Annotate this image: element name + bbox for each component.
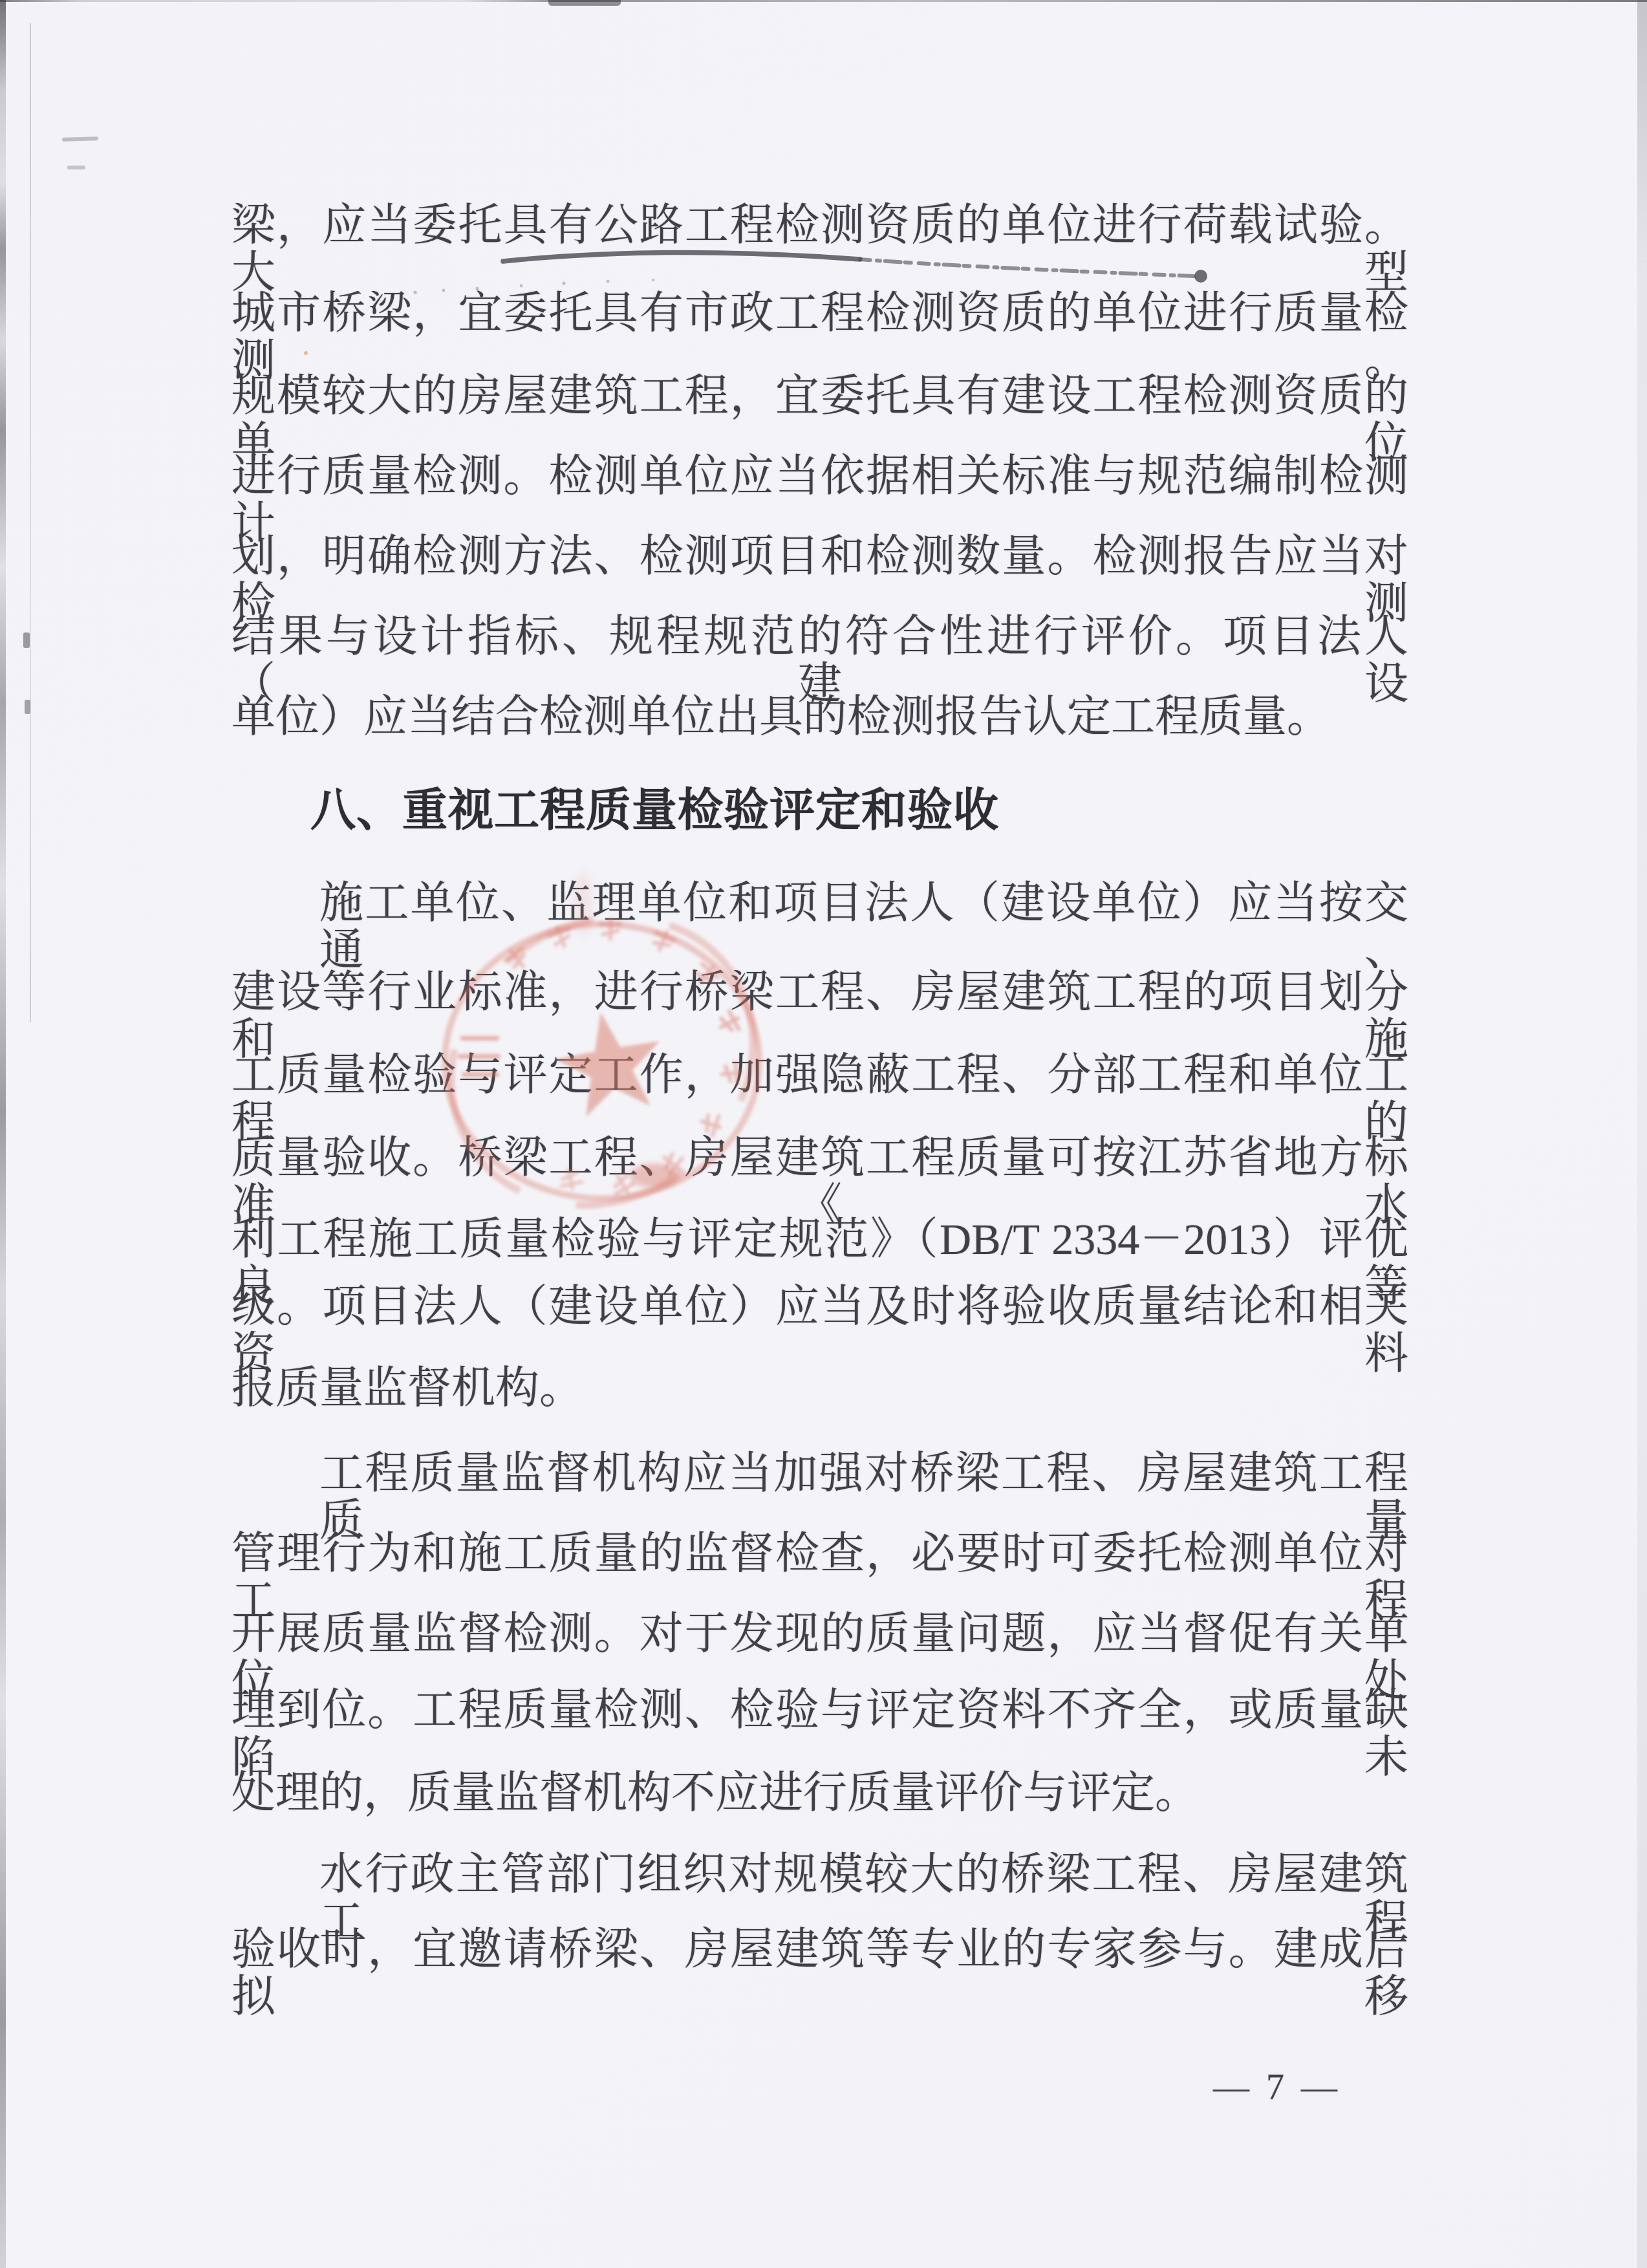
scan-specks (304, 351, 1242, 1465)
seal-ink-blob (630, 1163, 679, 1188)
seal-left-char-bars (458, 1036, 501, 1077)
scan-smudge (67, 166, 85, 169)
scanned-page: 梁，应当委托具有公路工程检测资质的单位进行荷载试验。大型城市桥梁，宜委托具有市政… (0, 0, 1647, 2268)
pen-underline-mark (413, 252, 1207, 294)
fold-tick-mark (25, 700, 30, 714)
fold-tick-mark (23, 632, 30, 648)
seal-star-icon (555, 1012, 660, 1117)
seal-smear (574, 872, 592, 936)
pen-dot-trail (413, 279, 654, 294)
scan-left-edge-shadow (0, 0, 6, 2268)
page-number: — 7 — (1180, 2067, 1374, 2108)
scan-overlay (0, 0, 1647, 2268)
red-seal-stamp (394, 859, 809, 1264)
scan-top-edge-line (0, 0, 1647, 2)
scan-right-edge-shadow (1637, 0, 1647, 2268)
scan-top-edge-blob (548, 0, 621, 6)
page-fold-line (30, 23, 31, 1022)
